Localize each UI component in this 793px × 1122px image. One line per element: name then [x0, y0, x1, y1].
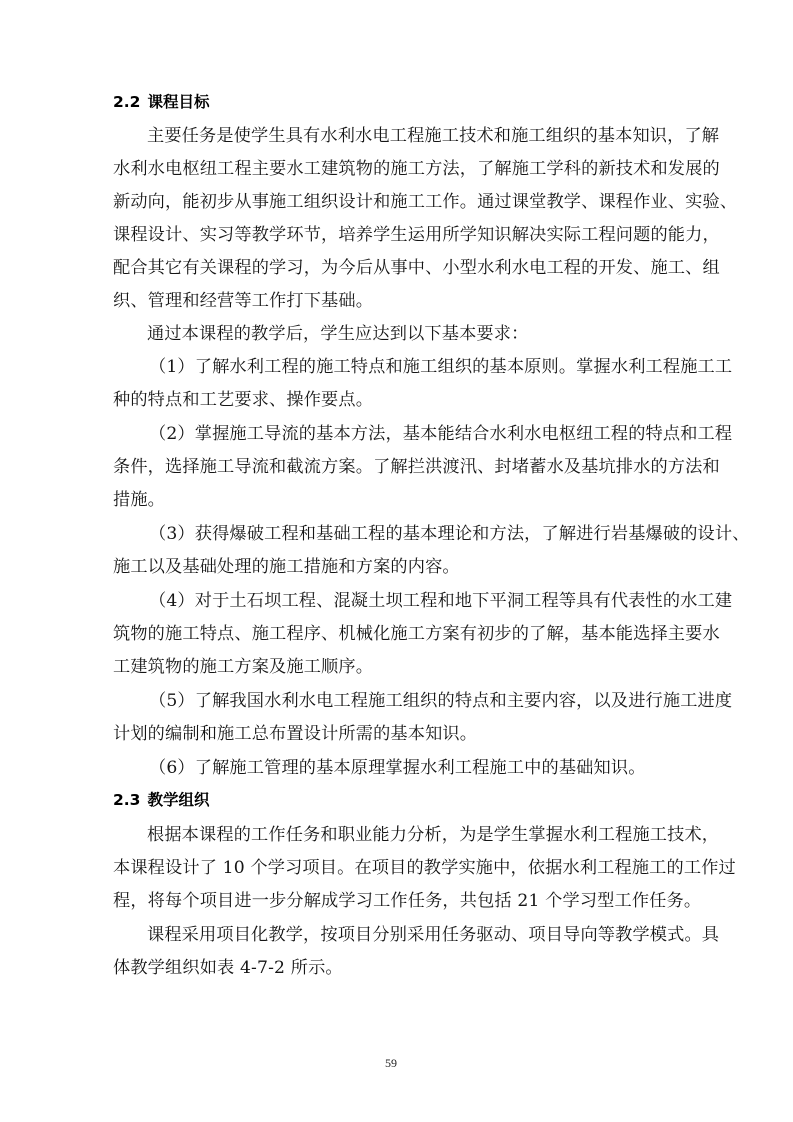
requirement-2-line: （2）掌握施工导流的基本方法，基本能结合水利水电枢纽工程的特点和工程	[149, 423, 717, 445]
paragraph-line: 课程设计、实习等教学环节，培养学生运用所学知识解决实际工程问题的能力，	[113, 224, 681, 246]
requirement-5-line: （5）了解我国水利水电工程施工组织的特点和主要内容，以及进行施工进度	[149, 690, 717, 712]
paragraph-line: 织、管理和经营等工作打下基础。	[113, 290, 681, 312]
section-heading-2-2: 2.2课程目标	[113, 92, 209, 112]
requirement-4-line: （4）对于土石坝工程、混凝土坝工程和地下平洞工程等具有代表性的水工建	[149, 590, 717, 612]
paragraph-line: 课程采用项目化教学，按项目分别采用任务驱动、项目导向等教学模式。具	[147, 924, 715, 946]
paragraph-line: 配合其它有关课程的学习，为今后从事中、小型水利水电工程的开发、施工、组	[113, 257, 681, 279]
section-title: 教学组织	[147, 791, 209, 809]
paragraph-line: 新动向，能初步从事施工组织设计和施工工作。通过课堂教学、课程作业、实验、	[113, 191, 681, 213]
paragraph-line: 水利水电枢纽工程主要水工建筑物的施工方法，了解施工学科的新技术和发展的	[113, 158, 681, 180]
paragraph-line: 体教学组织如表 4-7-2 所示。	[113, 957, 681, 979]
requirement-3-line: 施工以及基础处理的施工措施和方案的内容。	[113, 556, 681, 578]
paragraph-line: 主要任务是使学生具有水利水电工程施工技术和施工组织的基本知识，了解	[147, 125, 715, 147]
section-heading-2-3: 2.3教学组织	[113, 790, 209, 810]
section-number: 2.2	[113, 93, 140, 111]
paragraph-line: 根据本课程的工作任务和职业能力分析，为是学生掌握水利工程施工技术，	[147, 824, 715, 846]
requirement-1-line: （1）了解水利工程的施工特点和施工组织的基本原则。掌握水利工程施工工	[149, 356, 717, 378]
section-title: 课程目标	[147, 93, 209, 111]
requirement-6-line: （6）了解施工管理的基本原理掌握水利工程施工中的基础知识。	[149, 757, 717, 779]
page-number: 59	[385, 1056, 397, 1071]
requirement-2-line: 措施。	[113, 489, 681, 511]
paragraph-line: 程，将每个项目进一步分解成学习工作任务，共包括 21 个学习型工作任务。	[113, 890, 681, 912]
requirement-2-line: 条件，选择施工导流和截流方案。了解拦洪渡汛、封堵蓄水及基坑排水的方法和	[113, 456, 681, 478]
document-page: 2.2课程目标 主要任务是使学生具有水利水电工程施工技术和施工组织的基本知识，了…	[0, 0, 793, 1122]
requirement-1-line: 种的特点和工艺要求、操作要点。	[113, 389, 681, 411]
paragraph-line: 本课程设计了 10 个学习项目。在项目的教学实施中，依据水利工程施工的工作过	[113, 857, 681, 879]
requirement-3-line: （3）获得爆破工程和基础工程的基本理论和方法，了解进行岩基爆破的设计、	[149, 523, 717, 545]
section-number: 2.3	[113, 791, 140, 809]
requirement-5-line: 计划的编制和施工总布置设计所需的基本知识。	[113, 723, 681, 745]
requirement-4-line: 工建筑物的施工方案及施工顺序。	[113, 656, 681, 678]
requirements-intro: 通过本课程的教学后，学生应达到以下基本要求：	[147, 323, 715, 345]
requirement-4-line: 筑物的施工特点、施工程序、机械化施工方案有初步的了解，基本能选择主要水	[113, 623, 681, 645]
